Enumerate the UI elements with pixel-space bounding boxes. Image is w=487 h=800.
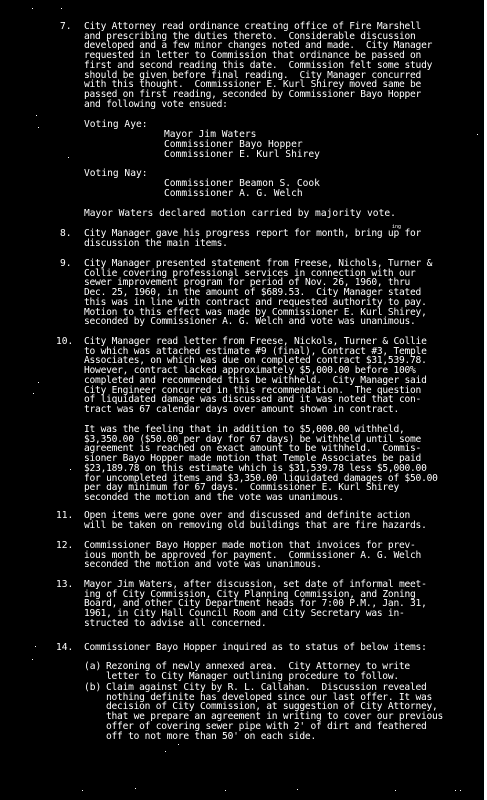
scan-speck <box>178 744 179 745</box>
item-text: Mayor Jim Waters, after discussion, set … <box>84 580 427 629</box>
item-number: 13. <box>56 580 73 590</box>
voting-aye-label: Voting Aye: <box>84 120 148 130</box>
item-number: 7. <box>60 22 72 32</box>
scan-speck <box>70 469 71 470</box>
scan-speck <box>36 115 37 116</box>
scan-speck <box>455 790 456 791</box>
text-line: discussion the main items. <box>84 239 421 249</box>
subitem-text: Rezoning of newly annexed area. City Att… <box>106 662 410 681</box>
text-line: off to not more than 50' on each side. <box>106 732 443 742</box>
scanned-minutes-page: 7. City Attorney read ordinance creating… <box>0 0 484 800</box>
vote-result: Mayor Waters declared motion carried by … <box>84 209 396 219</box>
item-text: It was the feeling that in addition to $… <box>84 425 438 503</box>
voting-nay-label: Voting Nay: <box>84 169 148 179</box>
item-number: 10. <box>56 337 73 347</box>
scan-speck <box>32 659 33 660</box>
text-line: seconded the motion and vote was unanimo… <box>84 560 421 570</box>
handwritten-annotation: ing <box>392 225 401 230</box>
item-number: 9. <box>60 259 72 269</box>
text-line: letter to City Manager outlining procedu… <box>106 672 410 682</box>
text-line: structed to advise all concerned. <box>84 619 427 629</box>
subitem-text: Claim against City by R. L. Callahan. Di… <box>106 683 443 741</box>
scan-speck <box>297 789 298 790</box>
item-text: City Manager gave his progress report fo… <box>84 229 421 248</box>
text-line: Commissioner Bayo Hopper inquired as to … <box>84 643 427 653</box>
text-line: seconded by Commissioner A. G. Welch and… <box>84 317 432 327</box>
text-line: tract was 67 calendar days over amount s… <box>84 405 427 415</box>
text-line: and following vote ensued: <box>84 100 432 110</box>
scan-speck <box>38 382 39 383</box>
scan-speck <box>395 790 396 791</box>
item-number: 12. <box>56 541 73 551</box>
subitem-tag: (a) <box>84 662 101 672</box>
scan-speck <box>82 790 83 791</box>
voter-nay: Commissioner A. G. Welch <box>164 189 303 199</box>
scan-speck <box>68 157 69 158</box>
item-text: City Manager presented statement from Fr… <box>84 259 432 327</box>
voter-aye: Commissioner E. Kurl Shirey <box>164 150 320 160</box>
item-text: City Attorney read ordinance creating of… <box>84 22 432 109</box>
text-line: seconded the motion and the vote was una… <box>84 493 438 503</box>
item-number: 8. <box>60 229 72 239</box>
scan-speck <box>225 790 226 791</box>
item-text: City Manager read letter from Freese, Ni… <box>84 337 427 415</box>
item-text: Open items were gone over and discussed … <box>84 511 427 530</box>
subitem-tag: (b) <box>84 683 101 693</box>
item-text: Commissioner Bayo Hopper made motion tha… <box>84 541 421 570</box>
scan-speck <box>135 788 136 789</box>
scan-speck <box>38 127 39 128</box>
text-line: will be taken on removing old buildings … <box>84 521 427 531</box>
scan-speck <box>61 8 62 9</box>
scan-speck <box>165 751 166 752</box>
item-number: 14. <box>56 643 73 653</box>
scan-speck <box>32 8 33 9</box>
item-number: 11. <box>56 511 73 521</box>
scan-speck <box>35 646 36 647</box>
item-text: Commissioner Bayo Hopper inquired as to … <box>84 643 427 653</box>
scan-speck <box>477 134 478 135</box>
scan-speck <box>460 790 461 791</box>
scan-speck <box>33 393 34 394</box>
